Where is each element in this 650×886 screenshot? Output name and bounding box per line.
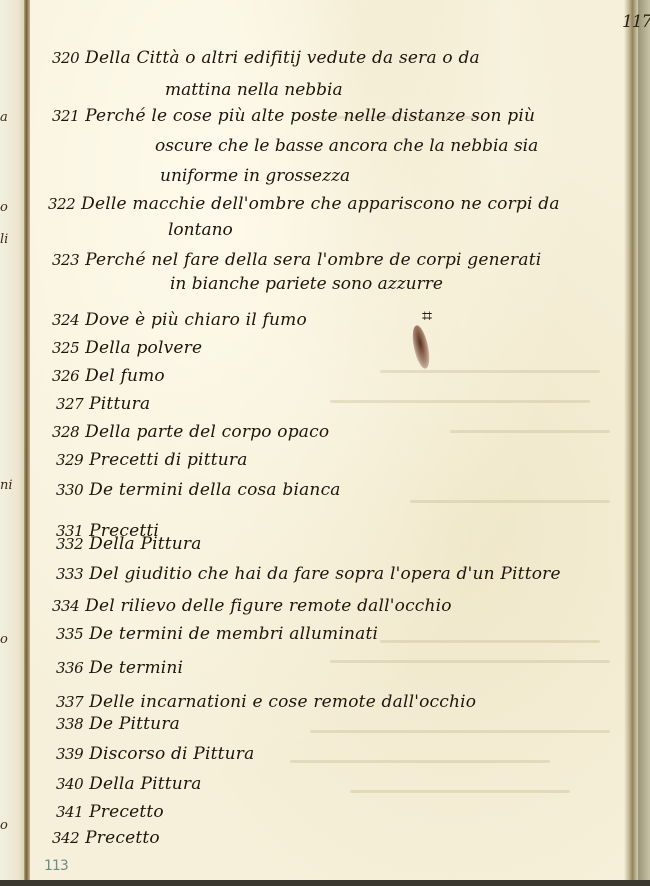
entry-number: 320 <box>52 51 79 66</box>
entry-text: Perché le cose più alte poste nelle dist… <box>85 106 535 126</box>
entry-number: 329 <box>56 453 83 468</box>
index-entry: 328Della parte del corpo opaco <box>52 424 329 441</box>
entry-continuation: in bianche pariete sono azzurre <box>170 276 443 293</box>
entry-number: 339 <box>56 747 83 762</box>
entry-text: De termini <box>89 658 183 678</box>
entry-text: Della Città o altri edifitij vedute da s… <box>85 48 480 68</box>
index-entry: 330De termini della cosa bianca <box>56 482 341 499</box>
margin-fragment: ni <box>0 478 13 493</box>
entry-text: Delle incarnationi e cose remote dall'oc… <box>89 692 476 712</box>
index-entry: 339Discorso di Pittura <box>56 746 254 763</box>
manuscript-scan: a o li ni o o 117 320Della Città o altri… <box>0 0 650 886</box>
entry-text: Del fumo <box>85 366 165 386</box>
entry-text: Del rilievo delle figure remote dall'occ… <box>85 596 452 616</box>
entry-number: 332 <box>56 537 83 552</box>
entry-number: 325 <box>52 341 79 356</box>
entry-number: 322 <box>48 197 75 212</box>
index-entry: 326Del fumo <box>52 368 165 385</box>
index-entry: 325Della polvere <box>52 340 202 357</box>
entry-number: 336 <box>56 661 83 676</box>
folio-number: 117 <box>622 12 650 32</box>
entry-text: Precetto <box>85 828 160 848</box>
entry-number: 323 <box>52 253 79 268</box>
entry-text: De termini de membri alluminati <box>89 624 378 644</box>
entry-number: 334 <box>52 599 79 614</box>
margin-fragment: o <box>0 632 8 647</box>
entry-text: Precetto <box>89 802 164 822</box>
cross-mark-icon: ⌗ <box>422 308 432 326</box>
entry-text: De Pittura <box>89 714 180 734</box>
index-entry: 333Del giuditio che hai da fare sopra l'… <box>56 566 561 583</box>
page-edge <box>624 0 638 886</box>
entry-text: Delle macchie dell'ombre che appariscono… <box>81 194 560 214</box>
index-entry: 323Perché nel fare della sera l'ombre de… <box>52 252 541 269</box>
entry-text: Dove è più chiaro il fumo <box>85 310 307 330</box>
entry-number: 328 <box>52 425 79 440</box>
entry-number: 327 <box>56 397 83 412</box>
entry-number: 330 <box>56 483 83 498</box>
index-entry: 332Della Pittura <box>56 536 202 553</box>
entry-continuation: mattina nella nebbia <box>165 82 343 99</box>
margin-fragment: a <box>0 110 8 125</box>
index-entry: 337Delle incarnationi e cose remote dall… <box>56 694 476 711</box>
index-entry: 334Del rilievo delle figure remote dall'… <box>52 598 452 615</box>
index-entry: 336De termini <box>56 660 183 677</box>
margin-fragment: o <box>0 200 8 215</box>
entry-text: Della parte del corpo opaco <box>85 422 329 442</box>
entry-number: 337 <box>56 695 83 710</box>
index-entry: 341Precetto <box>56 804 164 821</box>
entry-text: Perché nel fare della sera l'ombre de co… <box>85 250 541 270</box>
index-entry: 322Delle macchie dell'ombre che apparisc… <box>48 196 560 213</box>
entry-text: Del giuditio che hai da fare sopra l'ope… <box>89 564 561 584</box>
index-entry: 342Precetto <box>52 830 160 847</box>
entry-text: De termini della cosa bianca <box>89 480 341 500</box>
entry-number: 324 <box>52 313 79 328</box>
entry-number: 333 <box>56 567 83 582</box>
entry-number: 326 <box>52 369 79 384</box>
entry-number: 321 <box>52 109 79 124</box>
index-entry: 327Pittura <box>56 396 150 413</box>
pencil-page-number: 113 <box>44 858 68 874</box>
entry-text: Della polvere <box>85 338 202 358</box>
scan-bottom-edge <box>0 880 650 886</box>
index-entry: 335De termini de membri alluminati <box>56 626 378 643</box>
entry-text: Della Pittura <box>89 774 201 794</box>
entry-number: 340 <box>56 777 83 792</box>
index-entry: 329Precetti di pittura <box>56 452 248 469</box>
index-entry: 320Della Città o altri edifitij vedute d… <box>52 50 480 67</box>
entry-text: Della Pittura <box>89 534 201 554</box>
entry-number: 341 <box>56 805 83 820</box>
entry-text: Pittura <box>89 394 150 414</box>
margin-fragment: li <box>0 232 8 247</box>
entry-continuation: uniforme in grossezza <box>160 168 350 185</box>
margin-fragment: o <box>0 818 8 833</box>
entry-continuation: lontano <box>168 222 233 239</box>
index-entry: 340Della Pittura <box>56 776 202 793</box>
entry-text: Precetti di pittura <box>89 450 247 470</box>
entry-text: Discorso di Pittura <box>89 744 254 764</box>
outer-page-edge <box>638 0 650 886</box>
entry-number: 342 <box>52 831 79 846</box>
entry-number: 338 <box>56 717 83 732</box>
index-entry: 338De Pittura <box>56 716 180 733</box>
index-entry: 324Dove è più chiaro il fumo <box>52 312 307 329</box>
index-entry: 321Perché le cose più alte poste nelle d… <box>52 108 535 125</box>
entry-continuation: oscure che le basse ancora che la nebbia… <box>155 138 538 155</box>
facing-page-edge: a o li ni o o <box>0 0 26 886</box>
entry-number: 335 <box>56 627 83 642</box>
